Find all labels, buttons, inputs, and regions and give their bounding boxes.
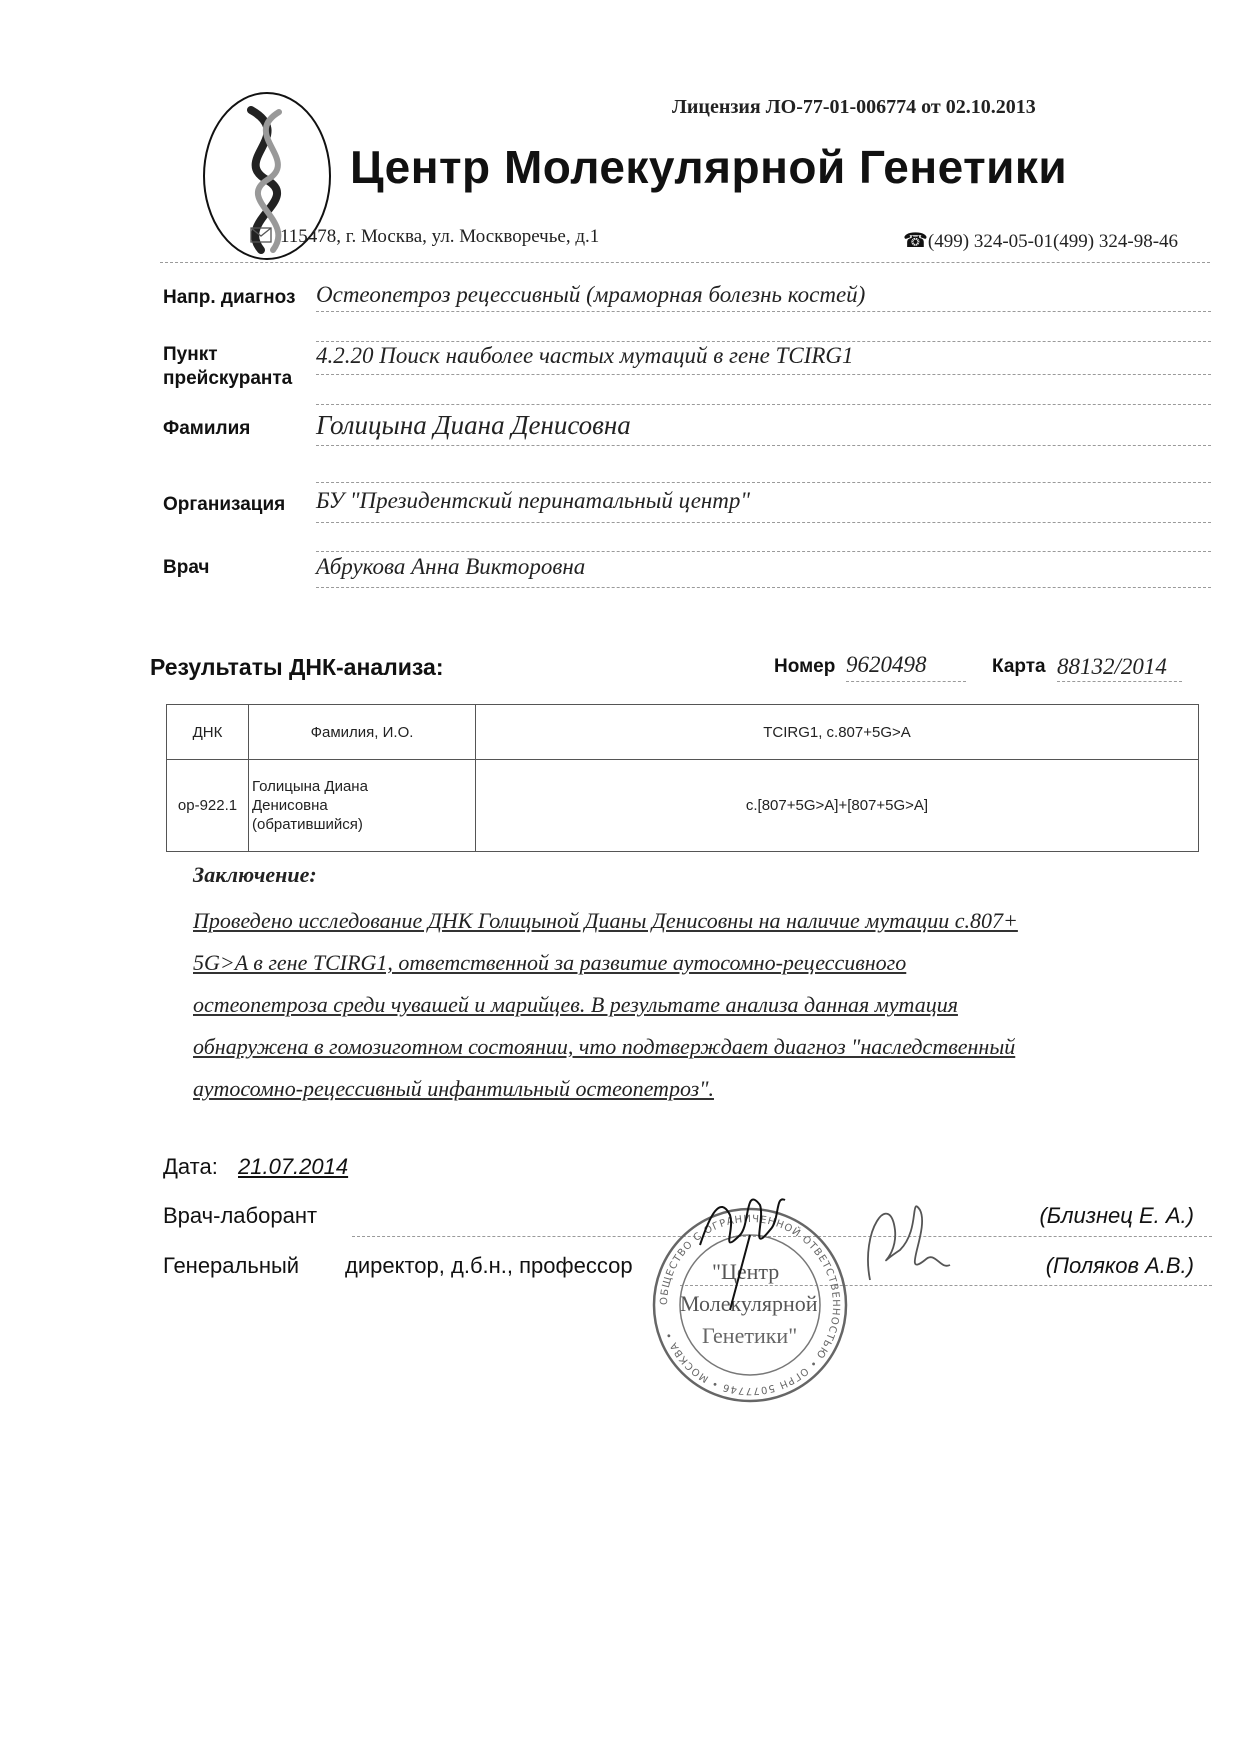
number-label: Номер [774, 656, 835, 678]
address-row: 115478, г. Москва, ул. Москворечье, д.1 [250, 226, 599, 248]
surname-topline [316, 404, 1211, 405]
conclusion-line-1: Проведено исследование ДНК Голицыной Диа… [193, 900, 1153, 942]
card-label: Карта [992, 656, 1046, 678]
diagnosis-value: Остеопетроз рецессивный (мраморная болез… [316, 282, 865, 308]
header-cell-dna: ДНК [167, 705, 249, 760]
surname-value: Голицына Диана Денисовна [316, 410, 631, 441]
stamp-center-line3: Генетики" [702, 1323, 797, 1349]
number-underline [846, 681, 966, 682]
cell-genotype-result: c.[807+5G>A]+[807+5G>A] [476, 760, 1199, 852]
org-underline [316, 522, 1211, 523]
surname-underline [316, 445, 1211, 446]
director-label-2: директор, д.б.н., профессор [345, 1253, 633, 1279]
lab-doctor-name: (Близнец Е. А.) [1039, 1203, 1194, 1229]
doctor-label: Врач [163, 557, 209, 579]
address-text: 115478, г. Москва, ул. Москворечье, д.1 [280, 226, 599, 247]
conclusion-line-2: 5G>A в гене TCIRG1, ответственной за раз… [193, 942, 1153, 984]
director-name: (Поляков А.В.) [1046, 1253, 1194, 1279]
header-divider [160, 262, 1210, 263]
number-value: 9620498 [846, 652, 927, 678]
price-item-label-1: Пункт [163, 344, 218, 366]
director-label-1: Генеральный [163, 1253, 299, 1279]
conclusion-body: Проведено исследование ДНК Голицыной Диа… [193, 900, 1153, 1110]
doctor-underline [316, 587, 1211, 588]
cell-dna-id: op-922.1 [167, 760, 249, 852]
card-underline [1057, 681, 1182, 682]
diagnosis-underline [316, 311, 1211, 312]
conclusion-line-4: обнаружена в гомозиготном состоянии, что… [193, 1026, 1153, 1068]
conclusion-line-3: остеопетроза среди чувашей и марийцев. В… [193, 984, 1153, 1026]
org-topline [316, 482, 1211, 483]
phone-row: ☎(499) 324-05-01(499) 324-98-46 [903, 228, 1178, 253]
lab-doctor-label: Врач-лаборант [163, 1203, 317, 1229]
price-underline [316, 374, 1211, 375]
price-item-label-2: прейскуранта [163, 368, 292, 390]
card-value: 88132/2014 [1057, 654, 1167, 680]
table-row: op-922.1 Голицына Диана Денисовна (обрат… [167, 760, 1199, 852]
diagnosis-label: Напр. диагноз [163, 287, 295, 309]
license-text: Лицензия ЛО-77-01-006774 от 02.10.2013 [672, 96, 1036, 119]
surname-label: Фамилия [163, 418, 250, 440]
phone-text: (499) 324-05-01(499) 324-98-46 [928, 231, 1178, 252]
price-item-value: 4.2.20 Поиск наиболее частых мутаций в г… [316, 343, 854, 369]
patient-name-line3: (обратившийся) [252, 815, 472, 834]
organization-label: Организация [163, 494, 285, 516]
date-label: Дата: [163, 1154, 218, 1180]
envelope-icon [250, 227, 272, 243]
org-name: Центр Молекулярной Генетики [350, 140, 1067, 194]
conclusion-title: Заключение: [193, 862, 317, 888]
conclusion-line-5: аутосомно-рецессивный инфантильный остео… [193, 1068, 1153, 1110]
telephone-icon: ☎ [903, 230, 928, 252]
results-title: Результаты ДНК-анализа: [150, 654, 444, 681]
cell-patient-name: Голицына Диана Денисовна (обратившийся) [249, 760, 476, 852]
patient-name-line1: Голицына Диана [252, 777, 472, 796]
header-cell-name: Фамилия, И.О. [249, 705, 476, 760]
doctor-value: Абрукова Анна Викторовна [316, 554, 585, 580]
price-topline [316, 341, 1211, 342]
patient-name-line2: Денисовна [252, 796, 472, 815]
header: Лицензия ЛО-77-01-006774 от 02.10.2013 Ц… [0, 0, 1240, 280]
header-cell-mutation: TCIRG1, c.807+5G>A [476, 705, 1199, 760]
results-table: ДНК Фамилия, И.О. TCIRG1, c.807+5G>A op-… [166, 704, 1199, 852]
lab-doctor-signature [690, 1175, 800, 1315]
doctor-topline [316, 551, 1211, 552]
organization-value: БУ "Президентский перинатальный центр" [316, 488, 750, 514]
date-value: 21.07.2014 [238, 1154, 348, 1180]
table-header-row: ДНК Фамилия, И.О. TCIRG1, c.807+5G>A [167, 705, 1199, 760]
director-signature [840, 1190, 960, 1300]
